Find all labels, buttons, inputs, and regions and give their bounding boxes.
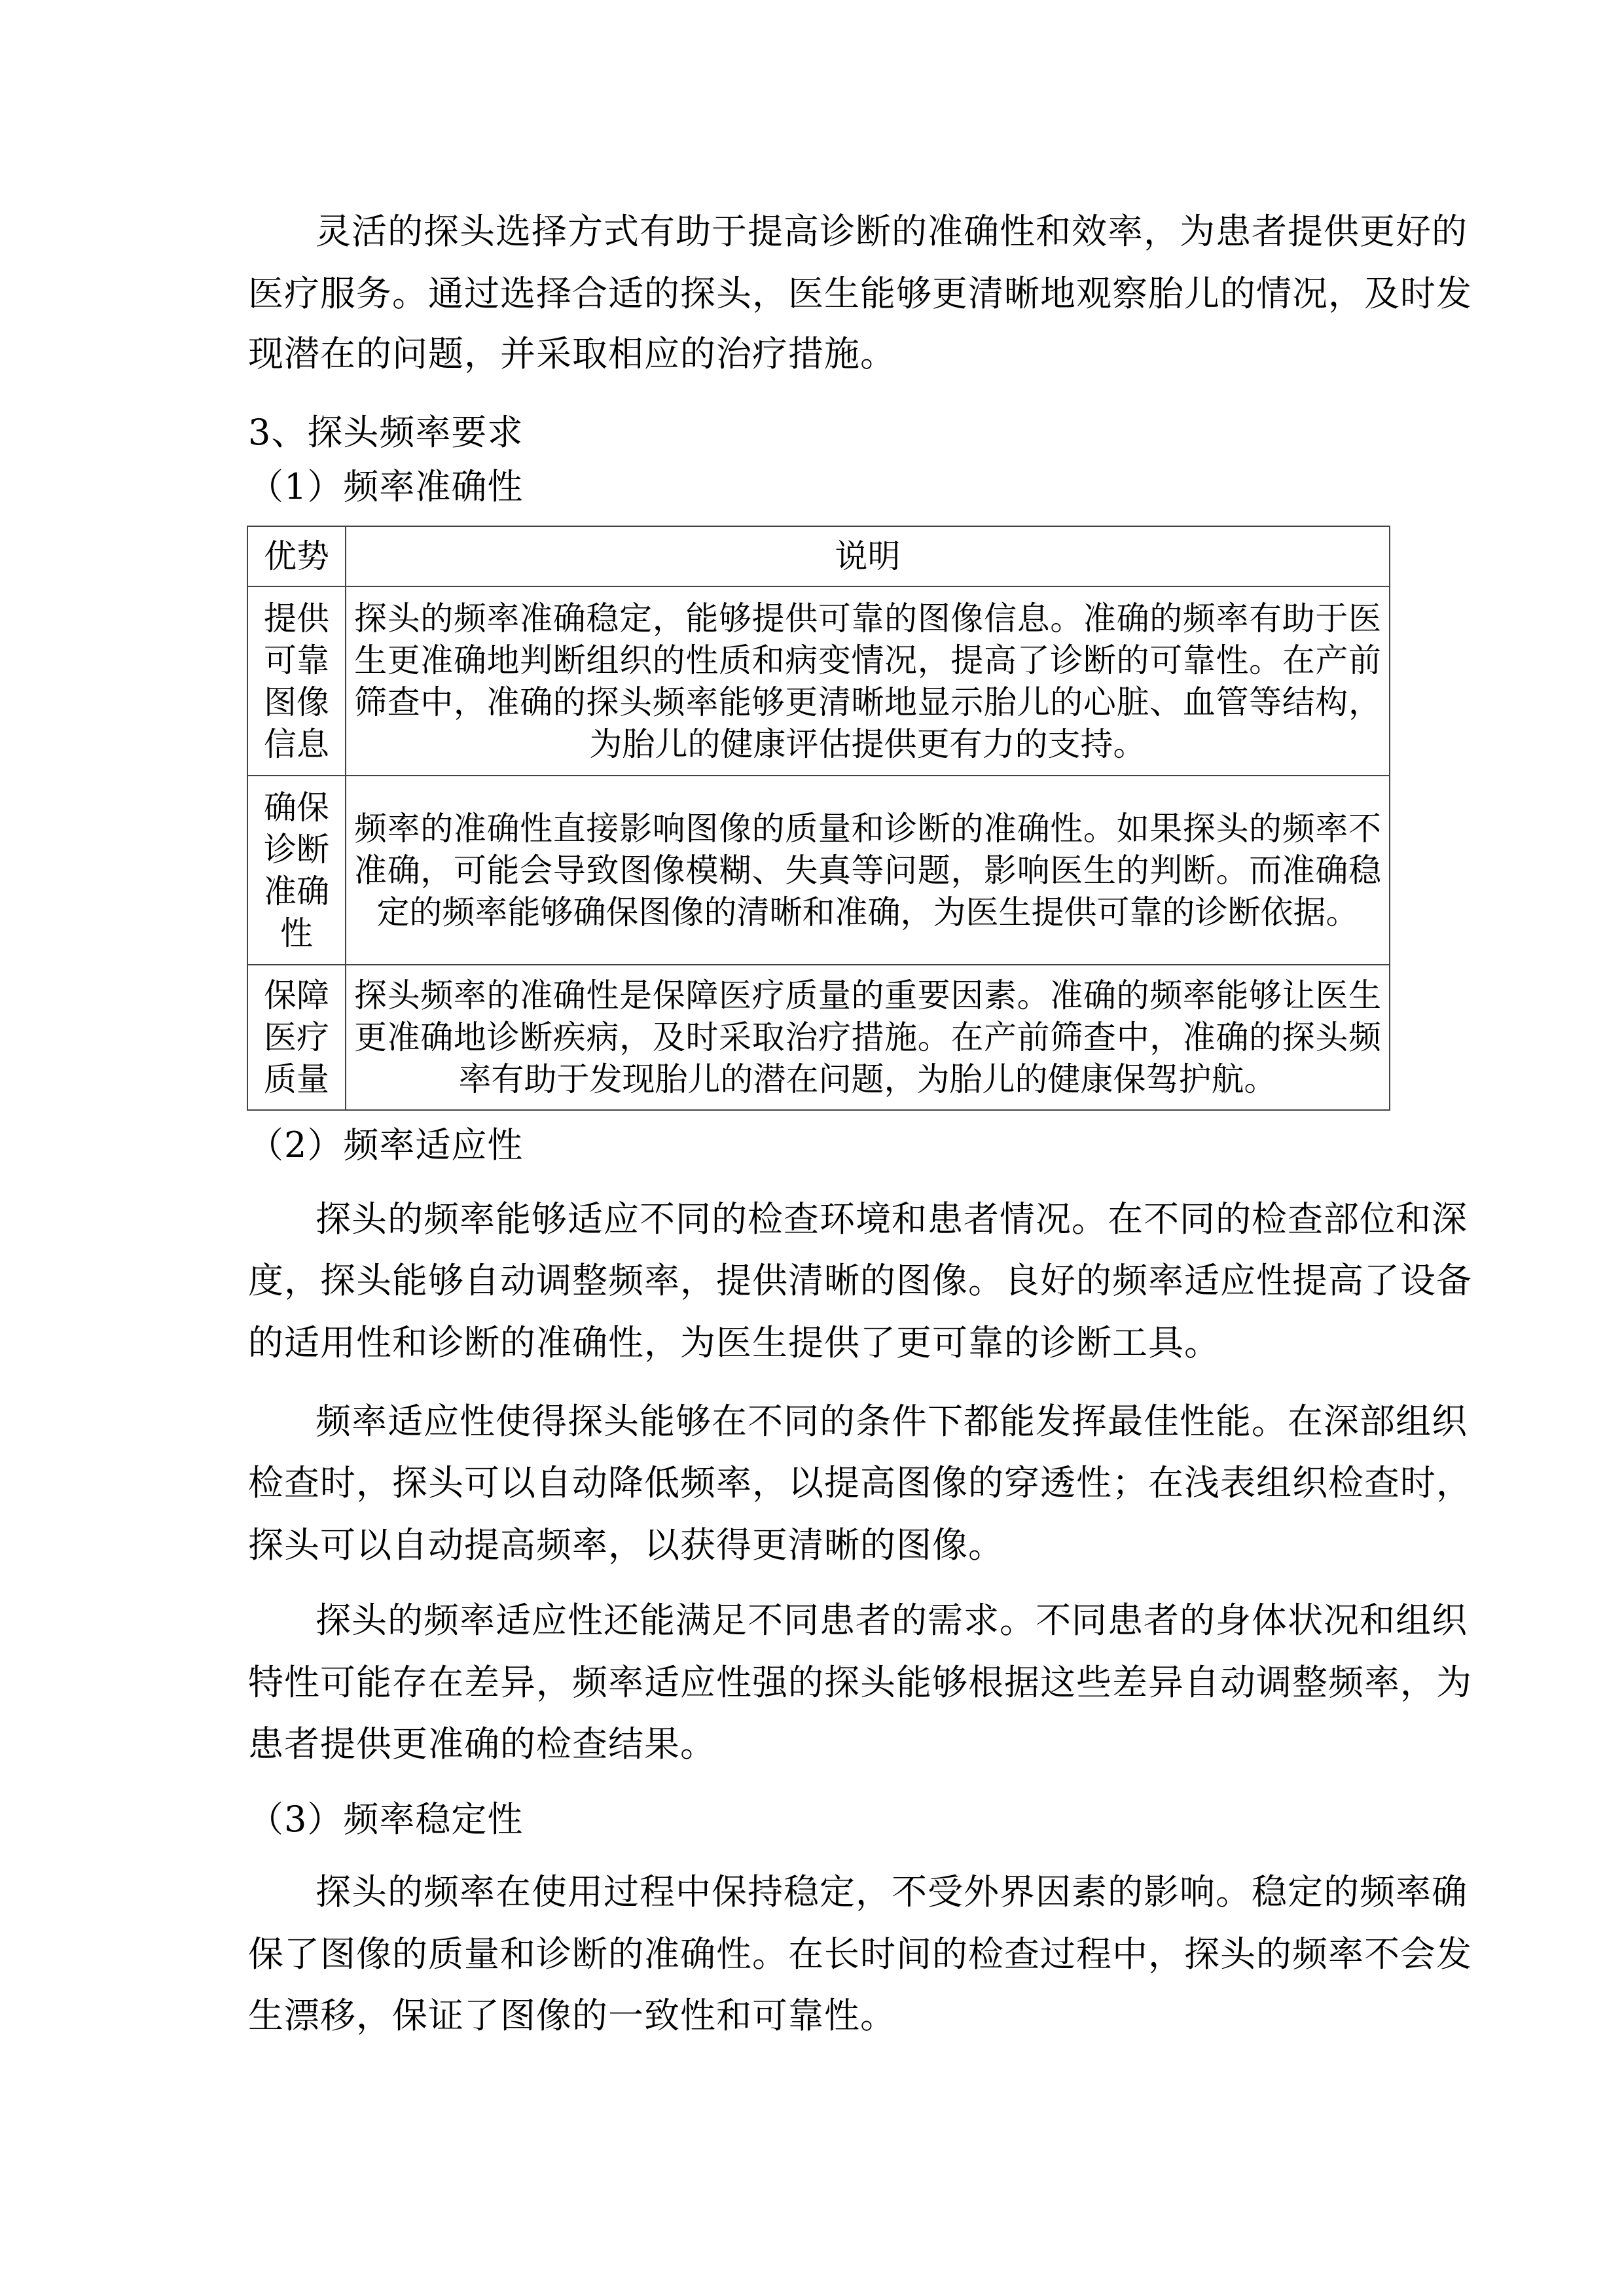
text-line: 探头的频率适应性还能满足不同患者的需求。不同患者的身体状况和组织 bbox=[316, 1600, 1373, 1641]
key-line: 确保 bbox=[256, 787, 337, 829]
key-line: 质量 bbox=[256, 1058, 337, 1100]
key-line: 保障 bbox=[256, 975, 337, 1016]
value-line: 率有助于发现胎儿的潜在问题，为胎儿的健康保驾护航。 bbox=[354, 1058, 1381, 1100]
text-line: 患者提供更准确的检查结果。 bbox=[248, 1723, 716, 1765]
subsection-heading: （3）频率稳定性 bbox=[248, 1799, 523, 1840]
value-line: 探头的频率准确稳定，能够提供可靠的图像信息。准确的频率有助于医 bbox=[354, 598, 1381, 639]
text-line: 探头的频率能够适应不同的检查环境和患者情况。在不同的检查部位和深 bbox=[316, 1198, 1373, 1240]
value-line: 筛查中，准确的探头频率能够更清晰地显示胎儿的心脏、血管等结构， bbox=[354, 681, 1381, 723]
text-line: 医疗服务。通过选择合适的探头，医生能够更清晰地观察胎儿的情况，及时发 bbox=[248, 273, 1373, 315]
row-key: 保障 医疗 质量 bbox=[247, 965, 346, 1110]
key-line: 性 bbox=[256, 912, 337, 954]
row-value: 探头频率的准确性是保障医疗质量的重要因素。准确的频率能够让医生 更准确地诊断疾病… bbox=[346, 965, 1390, 1110]
text-line: 保了图像的质量和诊断的准确性。在长时间的检查过程中，探头的频率不会发 bbox=[248, 1933, 1373, 1975]
advantages-table: 优势 说明 提供 可靠 图像 信息 探头的频率准确稳定，能够提供可靠的图像信息。… bbox=[247, 526, 1390, 1111]
value-line: 准确，可能会导致图像模糊、失真等问题，影响医生的判断。而准确稳 bbox=[354, 850, 1381, 891]
text-line: 频率适应性使得探头能够在不同的条件下都能发挥最佳性能。在深部组织 bbox=[316, 1401, 1373, 1443]
text-line: 的适用性和诊断的准确性，为医生提供了更可靠的诊断工具。 bbox=[248, 1322, 1220, 1364]
key-line: 诊断 bbox=[256, 829, 337, 870]
subsection-heading: （2）频率适应性 bbox=[248, 1124, 523, 1166]
row-value: 探头的频率准确稳定，能够提供可靠的图像信息。准确的频率有助于医 生更准确地判断组… bbox=[346, 586, 1390, 776]
value-line: 频率的准确性直接影响图像的质量和诊断的准确性。如果探头的频率不 bbox=[354, 808, 1381, 850]
table-row: 保障 医疗 质量 探头频率的准确性是保障医疗质量的重要因素。准确的频率能够让医生… bbox=[247, 965, 1390, 1110]
row-key: 提供 可靠 图像 信息 bbox=[247, 586, 346, 776]
key-line: 可靠 bbox=[256, 639, 337, 681]
text-line: 探头可以自动提高频率，以获得更清晰的图像。 bbox=[248, 1524, 1004, 1566]
text-line: 检查时，探头可以自动降低频率，以提高图像的穿透性；在浅表组织检查时， bbox=[248, 1462, 1373, 1504]
table-header-row: 优势 说明 bbox=[247, 526, 1390, 586]
text-line: 度，探头能够自动调整频率，提供清晰的图像。良好的频率适应性提高了设备 bbox=[248, 1260, 1373, 1302]
text-line: 灵活的探头选择方式有助于提高诊断的准确性和效率，为患者提供更好的 bbox=[316, 211, 1373, 253]
table-row: 确保 诊断 准确 性 频率的准确性直接影响图像的质量和诊断的准确性。如果探头的频… bbox=[247, 776, 1390, 965]
key-line: 图像 bbox=[256, 681, 337, 723]
row-value: 频率的准确性直接影响图像的质量和诊断的准确性。如果探头的频率不 准确，可能会导致… bbox=[346, 776, 1390, 965]
value-line: 定的频率能够确保图像的清晰和准确，为医生提供可靠的诊断依据。 bbox=[354, 891, 1381, 933]
value-line: 探头频率的准确性是保障医疗质量的重要因素。准确的频率能够让医生 bbox=[354, 975, 1381, 1016]
text-line: 生漂移，保证了图像的一致性和可靠性。 bbox=[248, 1995, 896, 2037]
section-heading: 3、探头频率要求 bbox=[248, 412, 523, 454]
value-line: 更准确地诊断疾病，及时采取治疗措施。在产前筛查中，准确的探头频 bbox=[354, 1016, 1381, 1058]
key-line: 提供 bbox=[256, 598, 337, 639]
key-line: 准确 bbox=[256, 870, 337, 912]
key-line: 医疗 bbox=[256, 1016, 337, 1058]
subsection-heading: （1）频率准确性 bbox=[248, 466, 523, 508]
table-row: 提供 可靠 图像 信息 探头的频率准确稳定，能够提供可靠的图像信息。准确的频率有… bbox=[247, 586, 1390, 776]
value-line: 为胎儿的健康评估提供更有力的支持。 bbox=[354, 723, 1381, 765]
key-line: 信息 bbox=[256, 723, 337, 765]
text-line: 探头的频率在使用过程中保持稳定，不受外界因素的影响。稳定的频率确 bbox=[316, 1871, 1373, 1913]
value-line: 生更准确地判断组织的性质和病变情况，提高了诊断的可靠性。在产前 bbox=[354, 639, 1381, 681]
text-line: 特性可能存在差异，频率适应性强的探头能够根据这些差异自动调整频率，为 bbox=[248, 1662, 1373, 1704]
header-advantage: 优势 bbox=[247, 526, 346, 586]
row-key: 确保 诊断 准确 性 bbox=[247, 776, 346, 965]
header-description: 说明 bbox=[346, 526, 1390, 586]
text-line: 现潜在的问题，并采取相应的治疗措施。 bbox=[248, 333, 896, 375]
